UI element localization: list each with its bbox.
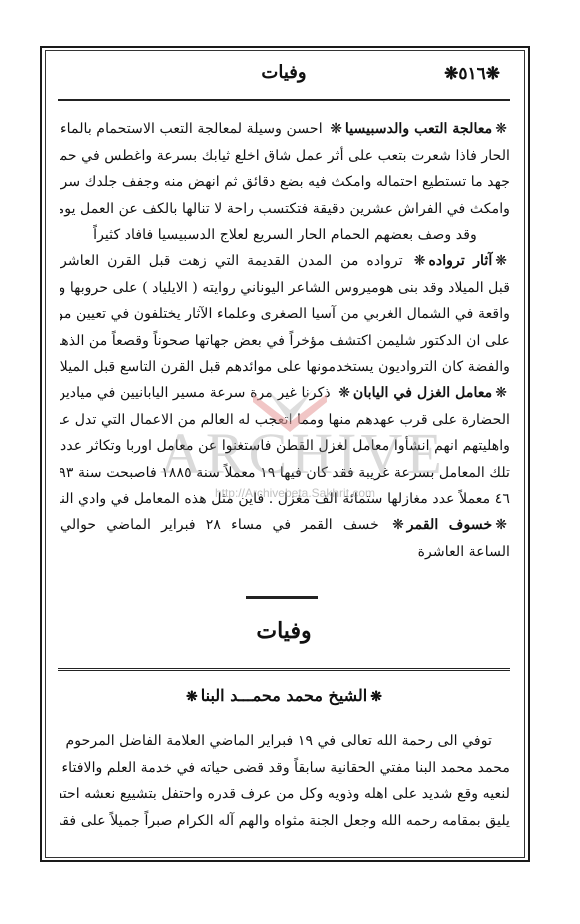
article-title: معالجة التعب والدسبيسيا — [345, 121, 492, 137]
article-lunar-eclipse: ❋خسوف القمر❋ خسف القمر في مساء ٢٨ فبراير… — [60, 512, 510, 565]
ornament-icon: ❋ — [389, 517, 407, 533]
ornament-icon: ❋ — [411, 253, 429, 269]
text-line: الحار فاذا شعرت بتعب على أثر عمل شاق اخل… — [60, 143, 510, 170]
ornament-icon: ❋ — [492, 385, 510, 401]
text-line: جهد ما تستطيع احتماله وامكث فيه بضع دقائ… — [60, 169, 510, 196]
header-rule — [58, 99, 510, 101]
article-first-line: ❋معالجة التعب والدسبيسيا❋ احسن وسيلة لمع… — [60, 116, 510, 143]
ornament-icon: ❋ — [335, 385, 353, 401]
text-line: يليق بمقامه رحمه الله وجعل الجنة مثواه و… — [60, 808, 510, 835]
text-line: على ان الدكتور شليمن اكتشف مؤخراً في بعض… — [60, 328, 510, 355]
article-title: آثار ترواده — [428, 253, 492, 269]
running-title: وفيات — [58, 62, 510, 83]
article-fatigue: ❋معالجة التعب والدسبيسيا❋ احسن وسيلة لمع… — [60, 116, 510, 249]
ornament-icon: ❋ — [327, 121, 345, 137]
ornament-icon: ❋ — [183, 689, 201, 705]
ornament-icon: ❋ — [367, 689, 385, 705]
text-line: وامكث في الفراش عشرين دقيقة فتكتسب راحة … — [60, 196, 510, 223]
text-line: والفضة كان الترواديون يستخدمونها على موا… — [60, 354, 510, 381]
text-line: تلك المعامل بسرعة غريبة فقد كان فيها ١٩ … — [60, 460, 510, 487]
text-line: لنعيه وقع شديد على اهله وذويه وكل من عرف… — [60, 781, 510, 808]
ornament-icon: ❋ — [492, 517, 510, 533]
article-first-line: ❋آثار ترواده❋ ترواده من المدن القديمة ال… — [60, 248, 510, 275]
obituary-body: توفي الى رحمة الله تعالى في ١٩ فبراير ال… — [60, 728, 510, 834]
text-line: محمد محمد البنا مفتي الحقانية سابقاً وقد… — [60, 755, 510, 782]
text-line: احسن وسيلة لمعالجة التعب الاستحمام بالما… — [60, 121, 323, 137]
text-line: الساعة العاشرة — [60, 539, 510, 566]
text-line: قبل الميلاد وقد بنى هوميروس الشاعر اليون… — [60, 275, 510, 302]
article-troy: ❋آثار ترواده❋ ترواده من المدن القديمة ال… — [60, 248, 510, 381]
ornament-icon: ❋ — [492, 253, 510, 269]
section-separator — [246, 596, 318, 599]
obituary-title: الشيخ محمد محمـــد البنا — [201, 686, 367, 705]
section-title: وفيات — [58, 618, 510, 644]
text-line: خسف القمر في مساء ٢٨ فبراير الماضي حوالي — [60, 517, 379, 533]
text-line: وقد وصف بعضهم الحمام الحار السريع لعلاج … — [60, 222, 510, 249]
ornament-icon: ❋ — [492, 121, 510, 137]
section-rule — [58, 668, 510, 671]
text-line: ترواده من المدن القديمة التي زهت قبل الق… — [60, 253, 403, 269]
archive-logo-icon — [245, 388, 335, 438]
article-title: خسوف القمر — [407, 517, 492, 533]
watermark-url: http://Archivebeta.Sakhrit.com — [175, 486, 415, 500]
page-header: ❋٥١٦❋ وفيات — [58, 58, 510, 94]
text-line: واقعة في الشمال الغربي من آسيا الصغرى وع… — [60, 301, 510, 328]
article-first-line: ❋خسوف القمر❋ خسف القمر في مساء ٢٨ فبراير… — [60, 512, 510, 539]
text-line: توفي الى رحمة الله تعالى في ١٩ فبراير ال… — [60, 728, 510, 755]
obituary-title-block: ❋الشيخ محمد محمـــد البنا❋ — [58, 686, 510, 705]
article-title: معامل الغزل في اليابان — [353, 385, 492, 401]
